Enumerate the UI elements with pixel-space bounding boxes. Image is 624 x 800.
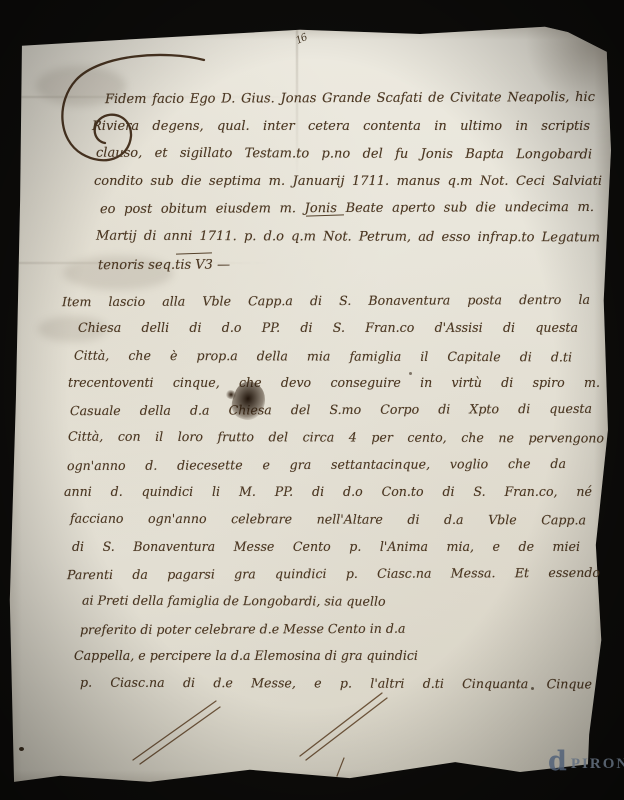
manuscript-line: clauso, et sigillato Testam.to p.no del …: [96, 146, 592, 175]
manuscript-line: facciano ogn'anno celebrare nell'Altare …: [70, 511, 586, 540]
manuscript-line: di S. Bonaventura Messe Cento p. l'Anima…: [72, 539, 580, 566]
manuscript-line: anni d. quindici li M. PP. di d.o Con.to…: [64, 484, 592, 511]
paragraph-latin-attestation: Fidem facio Ego D. Gius. Jonas Grande Sc…: [92, 91, 604, 284]
manuscript-line: Casuale della d.a Chiesa del S.mo Corpo …: [70, 401, 592, 431]
manuscript-line: Riviera degens, qual. inter cetera conte…: [92, 119, 590, 147]
manuscript-line: condito sub die septima m. Januarij 1711…: [94, 174, 602, 202]
age-speck: [531, 687, 534, 690]
manuscript-line: Martij di anni 1711. p. d.o q.m Not. Pet…: [96, 229, 600, 258]
manuscript-line: preferito di poter celebrare d.e Messe C…: [80, 619, 607, 649]
manuscript-line: Cappella, e percipere la d.a Elemosina d…: [74, 648, 607, 675]
double-slash-mark-left: [128, 695, 223, 767]
manuscript-line: trecentoventi cinque, che devo conseguir…: [68, 375, 600, 402]
manuscript-line: Fidem facio Ego D. Gius. Jonas Grande Sc…: [105, 90, 595, 120]
manuscript-line: ogn'anno d. diecesette e gra settantacin…: [67, 456, 566, 485]
manuscript-line: Parenti da pagarsi gra quindici p. Ciasc…: [67, 565, 600, 595]
manuscript-line: Città, con il loro frutto del circa 4 pe…: [68, 429, 604, 458]
manuscript-line: Città, che è prop.a della mia famiglia i…: [74, 347, 572, 376]
age-speck: [19, 747, 24, 751]
double-slash-mark-right: [292, 688, 394, 780]
manuscript-photo: { "document": { "kind": "handwritten-man…: [0, 0, 624, 800]
manuscript-line: ai Preti della famiglia de Longobardi, s…: [82, 593, 607, 622]
manuscript-line: Item lascio alla Vble Capp.a di S. Bonav…: [62, 292, 590, 322]
age-speck: [409, 372, 412, 375]
manuscript-line: tenoris seq.tis V3 —: [98, 255, 604, 285]
manuscript-line: Chiesa delli di d.o PP. di S. Fran.co d'…: [78, 320, 578, 347]
manuscript-line: eo post obitum eiusdem m. Jonis Beate ap…: [100, 200, 594, 230]
paragraph-legacy-clause: Item lascio alla Vble Capp.a di S. Bonav…: [62, 293, 607, 702]
